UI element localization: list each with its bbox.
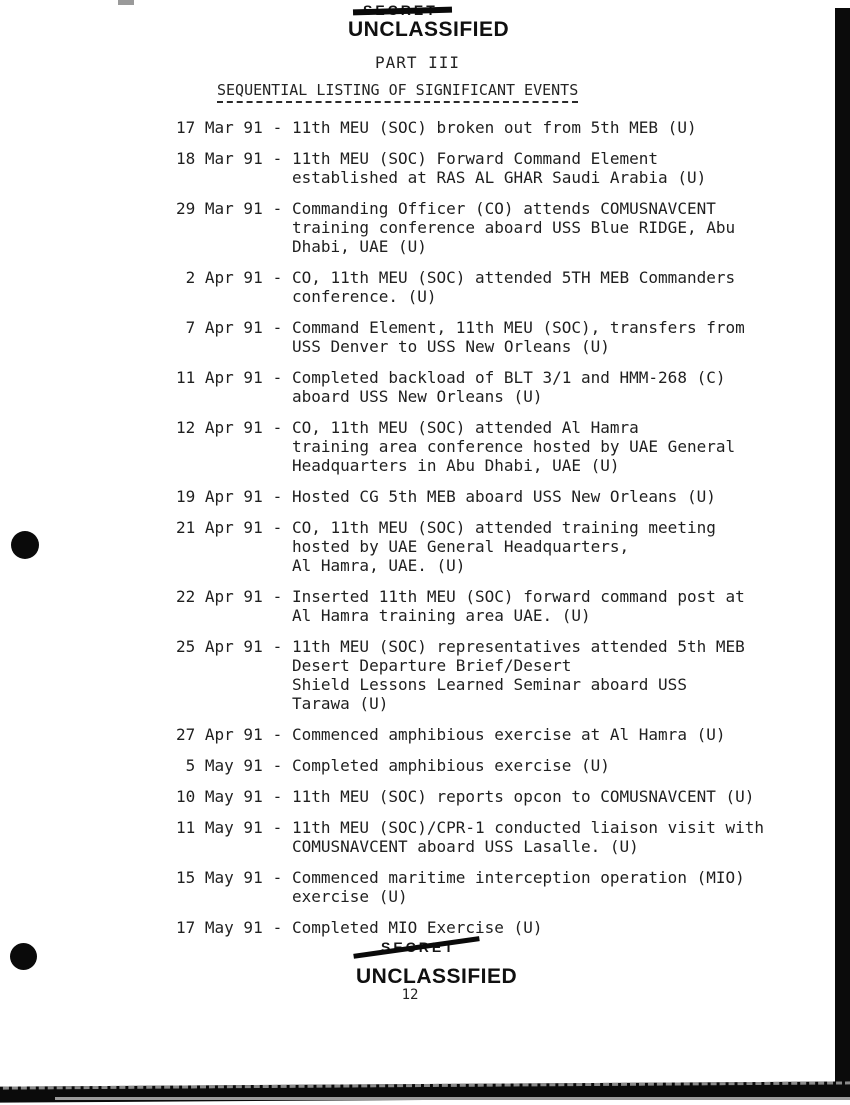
scan-stray-mark — [118, 0, 134, 5]
event-entry: 2 Apr 91 - CO, 11th MEU (SOC) attended 5… — [176, 268, 805, 306]
event-separator: - — [263, 637, 292, 656]
event-date: 18 Mar 91 — [176, 149, 263, 168]
event-entry: 11 Apr 91 - Completed backload of BLT 3/… — [176, 368, 805, 406]
event-description: Completed backload of BLT 3/1 and HMM-26… — [292, 368, 805, 406]
event-description: Completed amphibious exercise (U) — [292, 756, 805, 775]
event-date: 27 Apr 91 — [176, 725, 263, 744]
secret-stamp-bottom: SECRET — [381, 939, 456, 955]
event-entry: 18 Mar 91 - 11th MEU (SOC) Forward Comma… — [176, 149, 805, 187]
event-entry: 12 Apr 91 - CO, 11th MEU (SOC) attended … — [176, 418, 805, 475]
event-date: 22 Apr 91 — [176, 587, 263, 606]
classification-label-top: UNCLASSIFIED — [348, 18, 509, 42]
event-date: 17 Mar 91 — [176, 118, 263, 137]
event-separator: - — [263, 149, 292, 168]
event-date: 19 Apr 91 — [176, 487, 263, 506]
page-number: 12 — [390, 987, 430, 1003]
event-date: 17 May 91 — [176, 918, 263, 937]
event-separator: - — [263, 818, 292, 837]
event-description: Commenced maritime interception operatio… — [292, 868, 805, 906]
event-date: 7 Apr 91 — [176, 318, 263, 337]
event-separator: - — [263, 368, 292, 387]
event-separator: - — [263, 756, 292, 775]
event-entry: 25 Apr 91 - 11th MEU (SOC) representativ… — [176, 637, 805, 713]
event-description: Command Element, 11th MEU (SOC), transfe… — [292, 318, 805, 356]
event-description: CO, 11th MEU (SOC) attended Al Hamra tra… — [292, 418, 805, 475]
event-date: 2 Apr 91 — [176, 268, 263, 287]
event-description: 11th MEU (SOC) broken out from 5th MEB (… — [292, 118, 805, 137]
event-separator: - — [263, 268, 292, 287]
event-separator: - — [263, 725, 292, 744]
event-date: 25 Apr 91 — [176, 637, 263, 656]
event-description: Commanding Officer (CO) attends COMUSNAV… — [292, 199, 805, 256]
event-separator: - — [263, 868, 292, 887]
event-separator: - — [263, 918, 292, 937]
event-description: Inserted 11th MEU (SOC) forward command … — [292, 587, 805, 625]
event-separator: - — [263, 787, 292, 806]
event-separator: - — [263, 587, 292, 606]
event-entry: 10 May 91 - 11th MEU (SOC) reports opcon… — [176, 787, 805, 806]
events-list: 17 Mar 91 - 11th MEU (SOC) broken out fr… — [176, 118, 805, 949]
document-page: SECRET UNCLASSIFIED PART III SEQUENTIAL … — [0, 0, 850, 1105]
scan-edge-right — [835, 8, 850, 1093]
event-date: 12 Apr 91 — [176, 418, 263, 437]
event-description: Commenced amphibious exercise at Al Hamr… — [292, 725, 805, 744]
punch-hole-top — [11, 531, 39, 559]
event-entry: 22 Apr 91 - Inserted 11th MEU (SOC) forw… — [176, 587, 805, 625]
event-separator: - — [263, 487, 292, 506]
event-separator: - — [263, 418, 292, 437]
event-description: 11th MEU (SOC) reports opcon to COMUSNAV… — [292, 787, 805, 806]
scan-edge-bottom-shadow — [55, 1097, 850, 1100]
event-date: 21 Apr 91 — [176, 518, 263, 537]
event-entry: 17 Mar 91 - 11th MEU (SOC) broken out fr… — [176, 118, 805, 137]
event-description: 11th MEU (SOC) representatives attended … — [292, 637, 805, 713]
event-entry: 17 May 91 - Completed MIO Exercise (U) — [176, 918, 805, 937]
event-separator: - — [263, 518, 292, 537]
classification-label-bottom: UNCLASSIFIED — [356, 965, 517, 989]
event-separator: - — [263, 318, 292, 337]
event-date: 29 Mar 91 — [176, 199, 263, 218]
event-entry: 19 Apr 91 - Hosted CG 5th MEB aboard USS… — [176, 487, 805, 506]
event-description: CO, 11th MEU (SOC) attended 5TH MEB Comm… — [292, 268, 805, 306]
secret-stamp-top: SECRET — [363, 2, 438, 18]
event-entry: 15 May 91 - Commenced maritime intercept… — [176, 868, 805, 906]
event-entry: 7 Apr 91 - Command Element, 11th MEU (SO… — [176, 318, 805, 356]
event-entry: 21 Apr 91 - CO, 11th MEU (SOC) attended … — [176, 518, 805, 575]
punch-hole-bottom — [10, 943, 37, 970]
event-date: 11 Apr 91 — [176, 368, 263, 387]
section-heading: SEQUENTIAL LISTING OF SIGNIFICANT EVENTS — [217, 81, 578, 103]
event-description: 11th MEU (SOC) Forward Command Element e… — [292, 149, 805, 187]
event-description: Hosted CG 5th MEB aboard USS New Orleans… — [292, 487, 805, 506]
event-description: 11th MEU (SOC)/CPR-1 conducted liaison v… — [292, 818, 805, 856]
event-date: 5 May 91 — [176, 756, 263, 775]
event-date: 11 May 91 — [176, 818, 263, 837]
event-date: 10 May 91 — [176, 787, 263, 806]
event-entry: 5 May 91 - Completed amphibious exercise… — [176, 756, 805, 775]
event-description: CO, 11th MEU (SOC) attended training mee… — [292, 518, 805, 575]
event-entry: 11 May 91 - 11th MEU (SOC)/CPR-1 conduct… — [176, 818, 805, 856]
event-separator: - — [263, 118, 292, 137]
event-entry: 29 Mar 91 - Commanding Officer (CO) atte… — [176, 199, 805, 256]
event-description: Completed MIO Exercise (U) — [292, 918, 805, 937]
event-entry: 27 Apr 91 - Commenced amphibious exercis… — [176, 725, 805, 744]
part-title: PART III — [375, 53, 460, 72]
event-date: 15 May 91 — [176, 868, 263, 887]
event-separator: - — [263, 199, 292, 218]
